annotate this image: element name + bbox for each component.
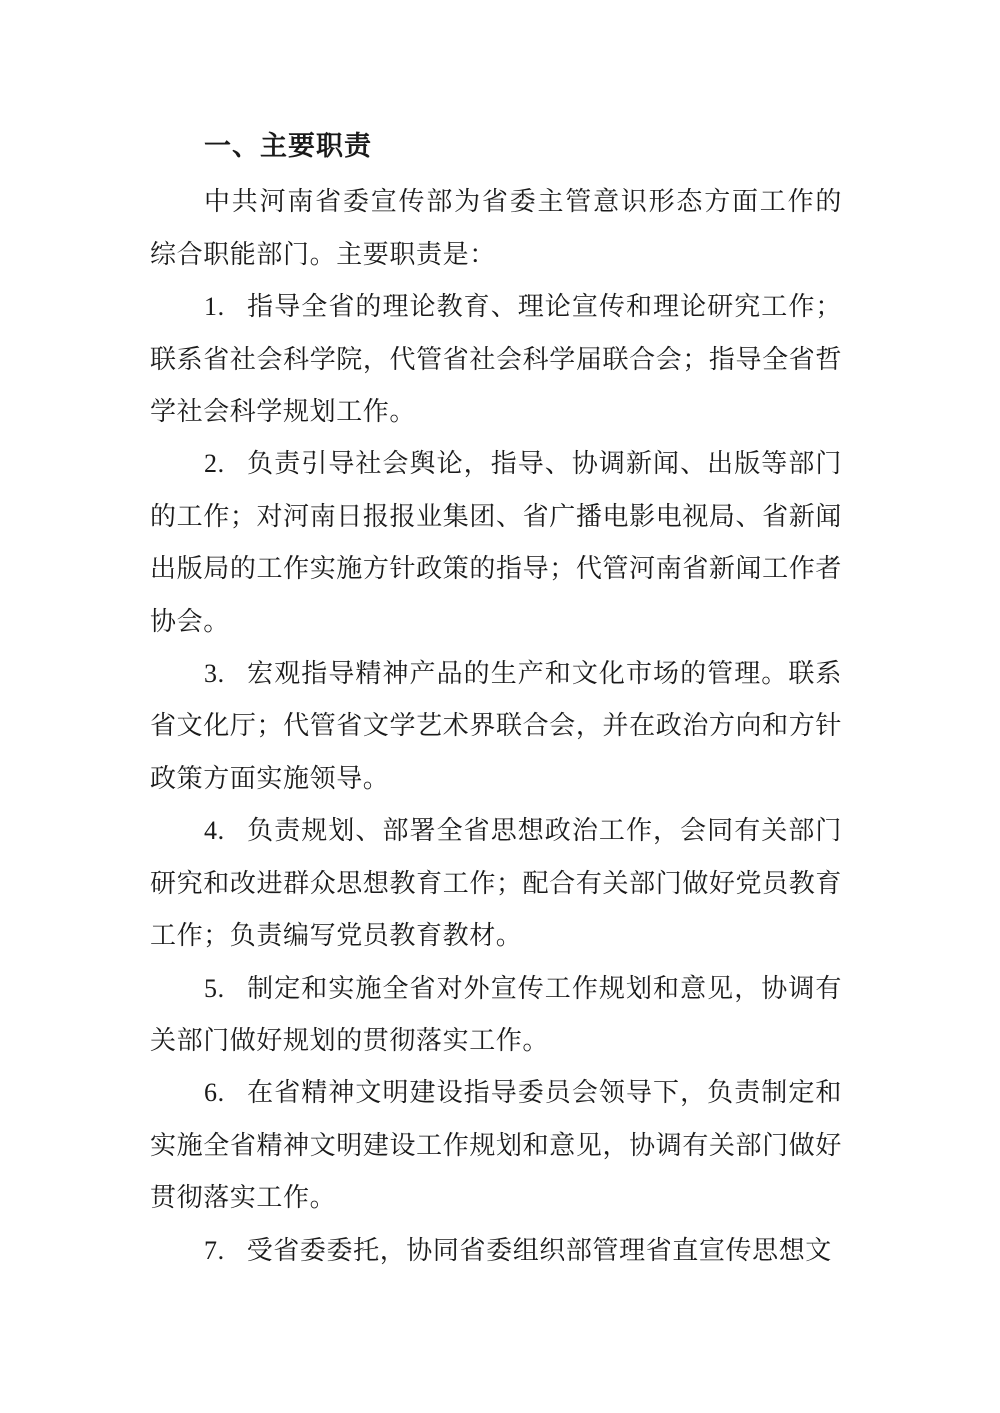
item-7-text: 受省委委托，协同省委组织部管理省直宣传思想文: [247, 1236, 832, 1265]
duty-item-5: 5.制定和实施全省对外宣传工作规划和意见，协调有关部门做好规划的贯彻落实工作。: [150, 963, 842, 1068]
item-7-number: 7.: [204, 1236, 225, 1265]
item-6-text: 在省精神文明建设指导委员会领导下，负责制定和实施全省精神文明建设工作规划和意见，…: [150, 1078, 842, 1212]
intro-paragraph: 中共河南省委宣传部为省委主管意识形态方面工作的综合职能部门。主要职责是：: [150, 176, 842, 281]
item-3-text: 宏观指导精神产品的生产和文化市场的管理。联系省文化厅；代管省文学艺术界联合会，并…: [150, 659, 842, 793]
duty-item-3: 3.宏观指导精神产品的生产和文化市场的管理。联系省文化厅；代管省文学艺术界联合会…: [150, 648, 842, 805]
item-5-text: 制定和实施全省对外宣传工作规划和意见，协调有关部门做好规划的贯彻落实工作。: [150, 974, 842, 1055]
duty-item-1: 1.指导全省的理论教育、理论宣传和理论研究工作；联系省社会科学院，代管省社会科学…: [150, 281, 842, 438]
document-page: 一、主要职责 中共河南省委宣传部为省委主管意识形态方面工作的综合职能部门。主要职…: [0, 0, 1000, 1413]
item-6-number: 6.: [204, 1078, 225, 1107]
item-4-text: 负责规划、部署全省思想政治工作，会同有关部门研究和改进群众思想教育工作；配合有关…: [150, 816, 842, 950]
item-5-number: 5.: [204, 974, 225, 1003]
item-3-number: 3.: [204, 659, 225, 688]
duty-item-2: 2.负责引导社会舆论，指导、协调新闻、出版等部门的工作；对河南日报报业集团、省广…: [150, 438, 842, 648]
item-2-number: 2.: [204, 449, 225, 478]
duty-item-6: 6.在省精神文明建设指导委员会领导下，负责制定和实施全省精神文明建设工作规划和意…: [150, 1067, 842, 1224]
duty-item-7: 7.受省委委托，协同省委组织部管理省直宣传思想文: [150, 1225, 842, 1277]
document-content: 一、主要职责 中共河南省委宣传部为省委主管意识形态方面工作的综合职能部门。主要职…: [150, 120, 842, 1277]
duty-item-4: 4.负责规划、部署全省思想政治工作，会同有关部门研究和改进群众思想教育工作；配合…: [150, 805, 842, 962]
section-heading: 一、主要职责: [150, 120, 842, 172]
item-2-text: 负责引导社会舆论，指导、协调新闻、出版等部门的工作；对河南日报报业集团、省广播电…: [150, 449, 842, 635]
item-4-number: 4.: [204, 816, 225, 845]
item-1-text: 指导全省的理论教育、理论宣传和理论研究工作；联系省社会科学院，代管省社会科学届联…: [150, 292, 842, 426]
item-1-number: 1.: [204, 292, 225, 321]
